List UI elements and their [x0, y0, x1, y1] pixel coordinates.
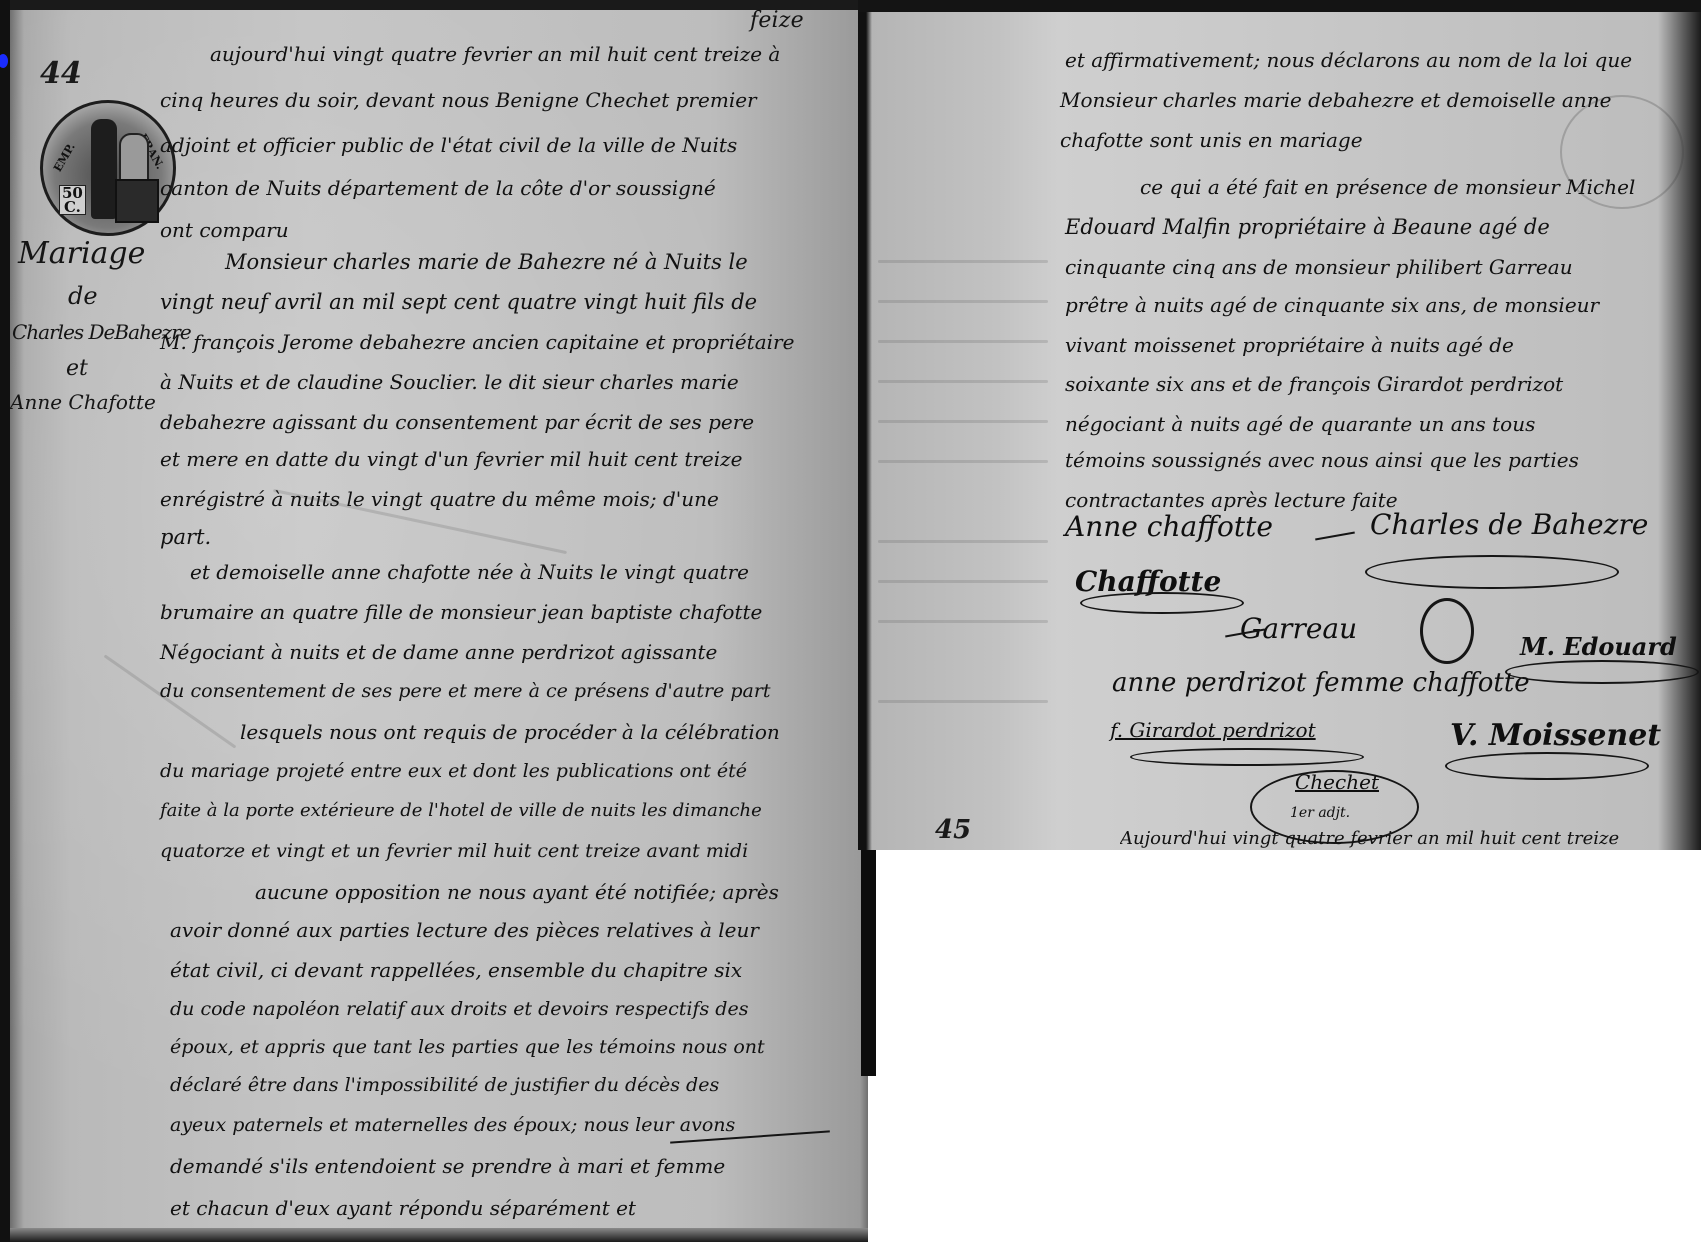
corner-note: feize — [750, 8, 804, 33]
left-page: 44 feize EMP. FRAN. 50C. Mariage de Char… — [0, 0, 868, 1242]
text-line: et mere en datte du vingt d'un fevrier m… — [160, 447, 743, 471]
tax-stamp: EMP. FRAN. 50C. — [40, 100, 176, 236]
text-line: chafotte sont unis en mariage — [1060, 128, 1363, 152]
margin-bride: Anne Chafotte — [10, 390, 156, 414]
text-line: quatorze et vingt et un fevrier mil huit… — [160, 840, 748, 862]
text-line: à Nuits et de claudine Souclier. le dit … — [160, 370, 739, 394]
page-number: 44 — [40, 56, 82, 91]
signature-garreau: Garreau — [1240, 612, 1357, 645]
signature-bride: Anne chaffotte — [1065, 510, 1273, 543]
signature-perdrizot: anne perdrizot femme chaffotte — [1112, 668, 1530, 698]
text-line: enrégistré à nuits le vingt quatre du mê… — [160, 487, 719, 511]
text-line: adjoint et officier public de l'état civ… — [160, 133, 737, 157]
signature-flourish — [1080, 592, 1244, 614]
text-line: du code napoléon relatif aux droits et d… — [170, 998, 748, 1020]
text-line: du consentement de ses pere et mere à ce… — [160, 680, 771, 702]
text-line: Monsieur charles marie de Bahezre né à N… — [225, 250, 748, 274]
text-line: soixante six ans et de françois Girardot… — [1065, 372, 1563, 396]
text-line: témoins soussignés avec nous ainsi que l… — [1065, 448, 1579, 472]
text-line: ayeux paternels et maternelles des époux… — [170, 1114, 735, 1136]
margin-et: et — [66, 356, 88, 381]
stamp-figure-icon — [91, 119, 117, 219]
next-page-number: 45 — [935, 815, 971, 845]
text-line: Edouard Malfin propriétaire à Beaune agé… — [1065, 215, 1550, 239]
gutter-shadow — [861, 850, 876, 1076]
text-line: cinq heures du soir, devant nous Benigne… — [160, 88, 757, 112]
signature-girardot: f. Girardot perdrizot — [1110, 718, 1316, 742]
text-line: contractantes après lecture faite — [1065, 488, 1398, 512]
text-line: M. françois Jerome debahezre ancien capi… — [160, 330, 794, 354]
signature-flourish — [1365, 555, 1619, 589]
signature-flourish — [1445, 752, 1649, 780]
text-line: et affirmativement; nous déclarons au no… — [1065, 48, 1632, 72]
text-line: Monsieur charles marie debahezre et demo… — [1060, 88, 1611, 112]
signature-flourish — [1505, 660, 1699, 684]
text-line: ce qui a été fait en présence de monsieu… — [1140, 175, 1635, 199]
stamp-legend-left: EMP. — [51, 141, 78, 174]
signature-flourish — [1130, 748, 1364, 766]
text-line: canton de Nuits département de la côte d… — [160, 176, 716, 200]
text-line: debahezre agissant du consentement par é… — [160, 410, 754, 434]
text-line: et chacun d'eux ayant répondu séparément… — [170, 1196, 636, 1220]
text-line: avoir donné aux parties lecture des pièc… — [170, 918, 759, 942]
signature-moissenet: V. Moissenet — [1450, 718, 1661, 753]
text-line: vivant moissenet propriétaire à nuits ag… — [1065, 333, 1514, 357]
margin-de: de — [68, 282, 98, 310]
text-line: ont comparu — [160, 218, 289, 242]
text-line: Négociant à nuits et de dame anne perdri… — [160, 640, 717, 664]
text-line: et demoiselle anne chafotte née à Nuits … — [190, 560, 749, 584]
text-line: état civil, ci devant rappellées, ensemb… — [170, 958, 742, 982]
next-act-first-line: Aujourd'hui vingt quatre fevrier an mil … — [1120, 828, 1619, 850]
stamp-value: 50C. — [59, 185, 86, 215]
signature-groom: Charles de Bahezre — [1370, 508, 1648, 541]
text-line: cinquante cinq ans de monsieur philibert… — [1065, 255, 1573, 279]
text-line: vingt neuf avril an mil sept cent quatre… — [160, 290, 757, 314]
margin-title: Mariage — [18, 236, 145, 271]
text-line: déclaré être dans l'impossibilité de jus… — [170, 1074, 719, 1096]
text-line: prêtre à nuits agé de cinquante six ans,… — [1065, 293, 1599, 317]
text-line: demandé s'ils entendoient se prendre à m… — [170, 1154, 725, 1178]
text-line: faite à la porte extérieure de l'hotel d… — [160, 800, 762, 821]
text-line: négociant à nuits agé de quarante un ans… — [1065, 412, 1535, 436]
stamp-altar-icon — [115, 179, 159, 223]
text-line: aucune opposition ne nous ayant été noti… — [255, 880, 779, 904]
text-line: lesquels nous ont requis de procéder à l… — [240, 720, 780, 744]
text-line: aujourd'hui vingt quatre fevrier an mil … — [210, 42, 780, 66]
text-line: part. — [160, 525, 211, 549]
text-line: époux, et appris que tant les parties qu… — [170, 1036, 765, 1058]
text-line: du mariage projeté entre eux et dont les… — [160, 760, 747, 782]
signature-edouard: M. Edouard — [1520, 632, 1677, 661]
signature-paraph-icon — [1420, 598, 1474, 664]
text-line: brumaire an quatre fille de monsieur jea… — [160, 600, 762, 624]
stamp-tablets-icon — [119, 133, 149, 185]
